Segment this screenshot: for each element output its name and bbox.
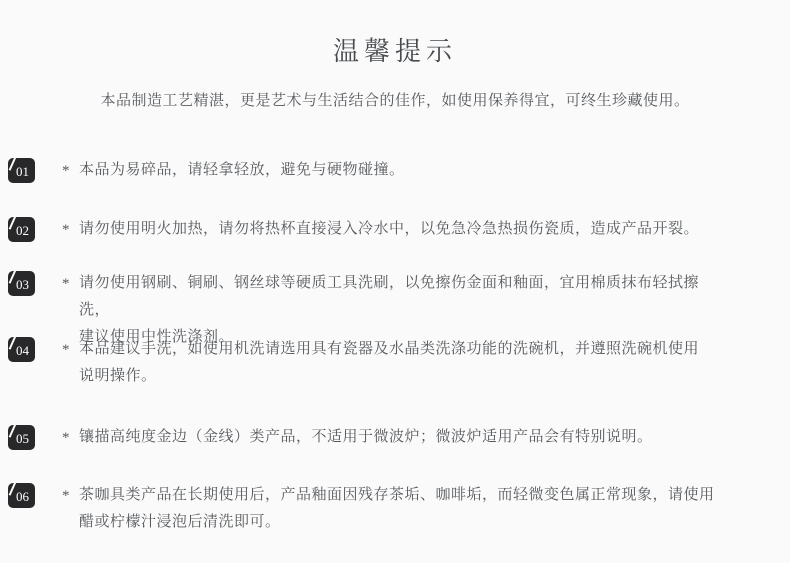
tip-item-01: 01 *本品为易碎品，请轻拿轻放，避免与硬物碰撞。	[8, 157, 728, 184]
tip-line: *镶描高纯度金边（金线）类产品，不适用于微波炉；微波炉适用产品会有特别说明。	[62, 424, 728, 451]
tip-number: 04	[16, 343, 29, 359]
asterisk-bullet: *	[62, 158, 70, 185]
tip-line: *本品建议手洗，如使用机洗请选用具有瓷器及水晶类洗涤功能的洗碗机，并遵照洗碗机使…	[62, 336, 728, 363]
tip-line: 醋或柠檬汁浸泡后清洗即可。	[62, 509, 728, 536]
tip-line: *茶咖具类产品在长期使用后，产品釉面因残存茶垢、咖啡垢，而轻微变色属正常现象，请…	[62, 482, 728, 509]
warm-tips-page: 温馨提示 本品制造工艺精湛，更是艺术与生活结合的佳作，如使用保养得宜，可终生珍藏…	[0, 0, 790, 563]
tip-item-04: 04 *本品建议手洗，如使用机洗请选用具有瓷器及水晶类洗涤功能的洗碗机，并遵照洗…	[8, 336, 728, 390]
asterisk-bullet: *	[62, 217, 70, 244]
tip-number-badge: 02	[8, 217, 35, 242]
tip-number-badge: 04	[8, 337, 35, 362]
page-subtitle: 本品制造工艺精湛，更是艺术与生活结合的佳作，如使用保养得宜，可终生珍藏使用。	[0, 89, 790, 110]
tip-line-text: 请勿使用钢刷、铜刷、钢丝球等硬质工具洗刷，以免擦伤金面和釉面，宜用棉质抹布轻拭擦…	[79, 275, 699, 318]
tip-text: *本品建议手洗，如使用机洗请选用具有瓷器及水晶类洗涤功能的洗碗机，并遵照洗碗机使…	[62, 336, 728, 390]
tip-number: 02	[16, 223, 29, 239]
tip-number: 01	[16, 164, 29, 180]
tip-line: *请勿使用钢刷、铜刷、钢丝球等硬质工具洗刷，以免擦伤金面和釉面，宜用棉质抹布轻拭…	[62, 270, 728, 324]
tip-number-badge: 05	[8, 425, 35, 450]
asterisk-bullet: *	[62, 425, 70, 452]
tip-number-badge: 01	[8, 158, 35, 183]
tip-line: *本品为易碎品，请轻拿轻放，避免与硬物碰撞。	[62, 157, 728, 184]
tip-line-text: 本品建议手洗，如使用机洗请选用具有瓷器及水晶类洗涤功能的洗碗机，并遵照洗碗机使用	[79, 341, 699, 357]
tip-number-badge: 03	[8, 271, 35, 296]
tip-line: *请勿使用明火加热，请勿将热杯直接浸入冷水中，以免急冷急热损伤瓷质，造成产品开裂…	[62, 216, 728, 243]
tip-text: *茶咖具类产品在长期使用后，产品釉面因残存茶垢、咖啡垢，而轻微变色属正常现象，请…	[62, 482, 728, 536]
tip-line-text: 请勿使用明火加热，请勿将热杯直接浸入冷水中，以免急冷急热损伤瓷质，造成产品开裂。	[79, 221, 699, 237]
tip-number: 06	[16, 489, 29, 505]
tip-line-text: 本品为易碎品，请轻拿轻放，避免与硬物碰撞。	[79, 162, 405, 178]
tip-item-05: 05 *镶描高纯度金边（金线）类产品，不适用于微波炉；微波炉适用产品会有特别说明…	[8, 424, 728, 451]
page-title: 温馨提示	[0, 31, 790, 68]
tip-line-text: 茶咖具类产品在长期使用后，产品釉面因残存茶垢、咖啡垢，而轻微变色属正常现象，请使…	[79, 487, 715, 503]
tip-number: 05	[16, 431, 29, 447]
tip-item-02: 02 *请勿使用明火加热，请勿将热杯直接浸入冷水中，以免急冷急热损伤瓷质，造成产…	[8, 216, 728, 243]
tip-number-badge: 06	[8, 483, 35, 508]
asterisk-bullet: *	[62, 483, 70, 510]
tip-number: 03	[16, 277, 29, 293]
tip-text: *镶描高纯度金边（金线）类产品，不适用于微波炉；微波炉适用产品会有特别说明。	[62, 424, 728, 451]
tip-line: 说明操作。	[62, 363, 728, 390]
tip-text: *请勿使用明火加热，请勿将热杯直接浸入冷水中，以免急冷急热损伤瓷质，造成产品开裂…	[62, 216, 728, 243]
asterisk-bullet: *	[62, 271, 70, 298]
asterisk-bullet: *	[62, 337, 70, 364]
tip-text: *本品为易碎品，请轻拿轻放，避免与硬物碰撞。	[62, 157, 728, 184]
tip-line-text: 镶描高纯度金边（金线）类产品，不适用于微波炉；微波炉适用产品会有特别说明。	[79, 429, 653, 445]
tip-item-06: 06 *茶咖具类产品在长期使用后，产品釉面因残存茶垢、咖啡垢，而轻微变色属正常现…	[8, 482, 728, 536]
